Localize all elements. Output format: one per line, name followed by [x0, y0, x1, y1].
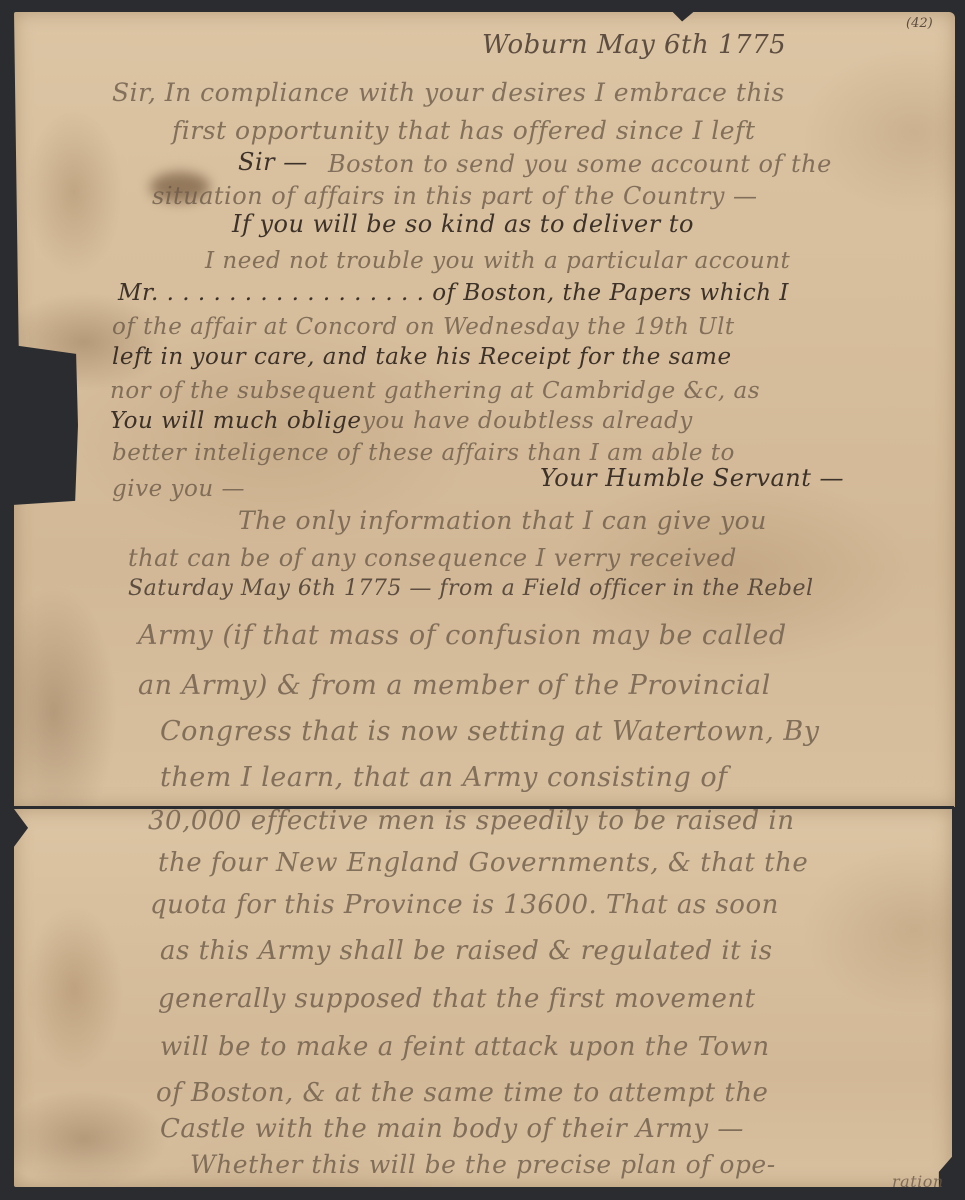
letter-line: an Army) & from a member of the Provinci… — [138, 670, 771, 701]
letter-line: Saturday May 6th 1775 — from a Field off… — [128, 576, 814, 601]
letter-line: quota for this Province is 13600. That a… — [150, 890, 779, 920]
note-line: Sir — — [238, 148, 308, 176]
note-line: If you will be so kind as to deliver to — [232, 210, 694, 238]
letter-line: Congress that is now setting at Watertow… — [160, 716, 820, 747]
letter-line: Whether this will be the precise plan of… — [190, 1150, 776, 1179]
letter-line: the four New England Governments, & that… — [158, 848, 808, 878]
letter-line: first opportunity that has offered since… — [172, 116, 755, 145]
letter-line: as this Army shall be raised & regulated… — [160, 936, 773, 966]
letter-line: 30,000 effective men is speedily to be r… — [148, 806, 795, 836]
letter-heading: Woburn May 6th 1775 — [482, 30, 786, 60]
letter-line: I need not trouble you with a particular… — [205, 248, 790, 274]
letter-line: that can be of any consequence I verry r… — [128, 544, 737, 572]
note-line: Mr. . . . . . . . . . . . . . . . . . of… — [118, 280, 789, 306]
letter-line: generally supposed that the first moveme… — [158, 984, 756, 1014]
letter-line: give you — — [112, 476, 245, 502]
letter-line: The only information that I can give you — [238, 506, 767, 535]
letter-line: Boston to send you some account of the — [328, 150, 832, 178]
note-line: left in your care, and take his Receipt … — [112, 344, 732, 370]
letter-line: Sir, In compliance with your desires I e… — [112, 78, 785, 107]
letter-line: situation of affairs in this part of the… — [152, 182, 758, 210]
letter-line: will be to make a feint attack upon the … — [160, 1032, 770, 1062]
letter-line: nor of the subsequent gathering at Cambr… — [110, 378, 760, 404]
letter-line: Army (if that mass of confusion may be c… — [138, 620, 787, 651]
letter-line: Castle with the main body of their Army … — [160, 1114, 744, 1144]
letter-line: of Boston, & at the same time to attempt… — [156, 1078, 768, 1108]
letter-line: ration — [892, 1172, 944, 1191]
scanned-letter: (42) Woburn May 6th 1775Sir, In complian… — [0, 0, 965, 1200]
letter-line: them I learn, that an Army consisting of — [160, 762, 728, 793]
archive-page-number: (42) — [906, 16, 933, 31]
letter-line: better inteligence of these affairs than… — [112, 440, 735, 466]
letter-line: of the affair at Concord on Wednesday th… — [112, 314, 735, 340]
note-line: You will much oblige — [110, 408, 361, 434]
note-line: Your Humble Servant — — [540, 464, 844, 492]
letter-line: you have doubtless already — [362, 408, 693, 434]
